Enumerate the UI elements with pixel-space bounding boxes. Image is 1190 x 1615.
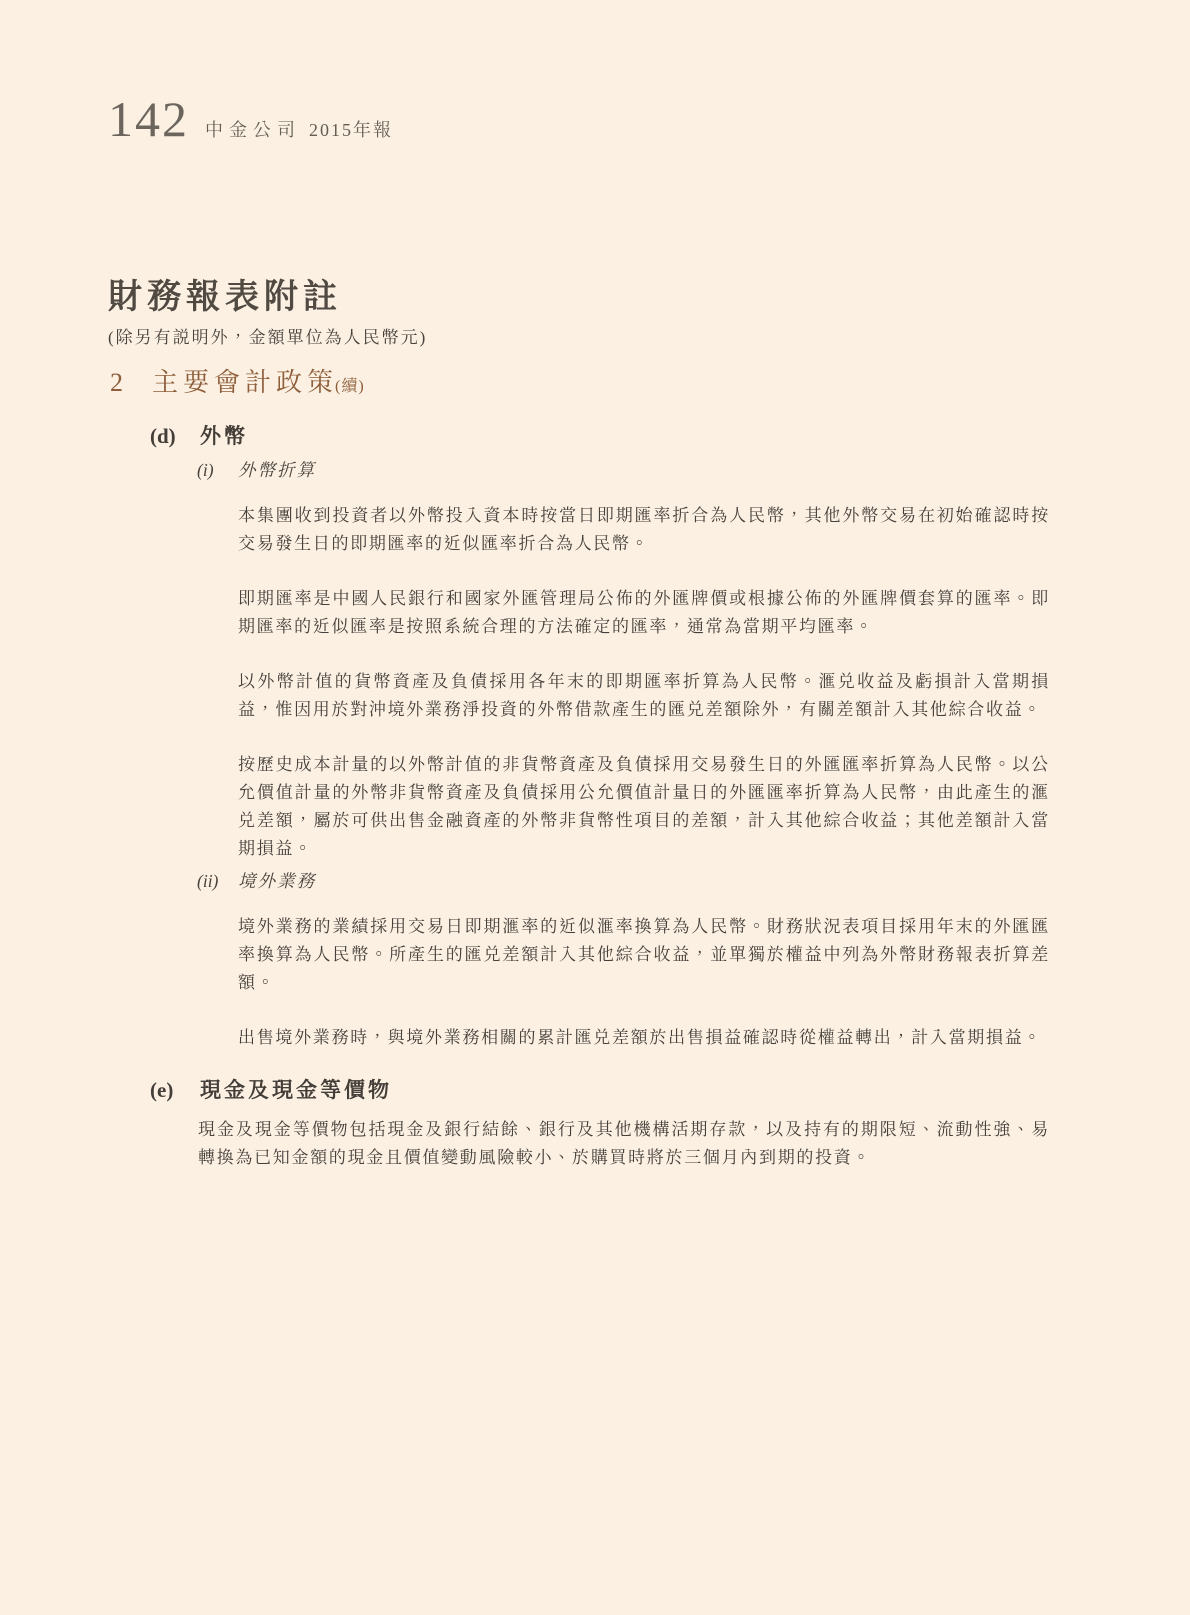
section-number: 2 bbox=[110, 369, 123, 398]
document-title: 財務報表附註 bbox=[108, 281, 1052, 315]
item-ii-heading: (ii) 境外業務 bbox=[197, 871, 1052, 891]
item-i-label: (i) bbox=[197, 460, 238, 480]
section-2: 2 主要會計政策 (續) (d) 外幣 (i) 外幣折算 本集團收到投資 bbox=[108, 369, 1052, 1172]
company-name: 中金公司 bbox=[205, 116, 301, 142]
subsection-e-title: 現金及現金等價物 bbox=[200, 1079, 392, 1102]
subsection-e-heading: (e) 現金及現金等價物 bbox=[108, 1079, 1052, 1102]
paragraph: 即期匯率是中國人民銀行和國家外匯管理局公佈的外匯牌價或根據公佈的外匯牌價套算的匯… bbox=[238, 585, 1050, 641]
report-edition: 2015年報 bbox=[309, 116, 393, 142]
paragraph: 以外幣計值的貨幣資產及負債採用各年末的即期匯率折算為人民幣。滙兑收益及虧損計入當… bbox=[238, 668, 1050, 724]
subsection-d-foreign-currency: (d) 外幣 (i) 外幣折算 本集團收到投資者以外幣投入資本時按當日即期匯率折… bbox=[108, 425, 1052, 1052]
item-i-translation: (i) 外幣折算 本集團收到投資者以外幣投入資本時按當日即期匯率折合為人民幣，其… bbox=[108, 460, 1052, 863]
paragraph: 現金及現金等價物包括現金及銀行結餘、銀行及其他機構活期存款，以及持有的期限短、流… bbox=[198, 1116, 1050, 1172]
section-title: 主要會計政策 bbox=[152, 369, 338, 398]
section-continued-tag: (續) bbox=[335, 378, 365, 396]
paragraph: 本集團收到投資者以外幣投入資本時按當日即期匯率折合為人民幣，其他外幣交易在初始確… bbox=[238, 502, 1050, 558]
subsection-e-label: (e) bbox=[150, 1079, 200, 1102]
document-subtitle: (除另有説明外，金額單位為人民幣元) bbox=[108, 329, 1052, 346]
paragraph: 出售境外業務時，與境外業務相關的累計匯兑差額於出售損益確認時從權益轉出，計入當期… bbox=[238, 1024, 1050, 1052]
subsection-d-items: (i) 外幣折算 本集團收到投資者以外幣投入資本時按當日即期匯率折合為人民幣，其… bbox=[108, 460, 1052, 1052]
report-page: 142 中金公司 2015年報 財務報表附註 (除另有説明外，金額單位為人民幣元… bbox=[0, 0, 1190, 1615]
page-number: 142 bbox=[108, 94, 189, 144]
subsection-d-heading: (d) 外幣 bbox=[108, 425, 1052, 448]
subsection-e-cash-equivalents: (e) 現金及現金等價物 現金及現金等價物包括現金及銀行結餘、銀行及其他機構活期… bbox=[108, 1079, 1052, 1172]
item-ii-title: 境外業務 bbox=[238, 871, 316, 891]
paragraph: 按歷史成本計量的以外幣計值的非貨幣資產及負債採用交易發生日的外匯匯率折算為人民幣… bbox=[238, 751, 1050, 863]
document-body: 財務報表附註 (除另有説明外，金額單位為人民幣元) 2 主要會計政策 (續) (… bbox=[108, 281, 1052, 1172]
paragraph: 境外業務的業績採用交易日即期滙率的近似滙率換算為人民幣。財務狀況表項目採用年末的… bbox=[238, 913, 1050, 997]
subsection-d-label: (d) bbox=[150, 425, 200, 448]
item-ii-label: (ii) bbox=[197, 871, 238, 891]
item-i-heading: (i) 外幣折算 bbox=[197, 460, 1052, 480]
item-ii-foreign-operations: (ii) 境外業務 境外業務的業績採用交易日即期滙率的近似滙率換算為人民幣。財務… bbox=[108, 871, 1052, 1052]
subsection-d-title: 外幣 bbox=[200, 425, 248, 448]
page-header: 142 中金公司 2015年報 bbox=[108, 94, 393, 144]
section-heading: 2 主要會計政策 (續) bbox=[108, 369, 1052, 398]
item-i-title: 外幣折算 bbox=[238, 460, 316, 480]
